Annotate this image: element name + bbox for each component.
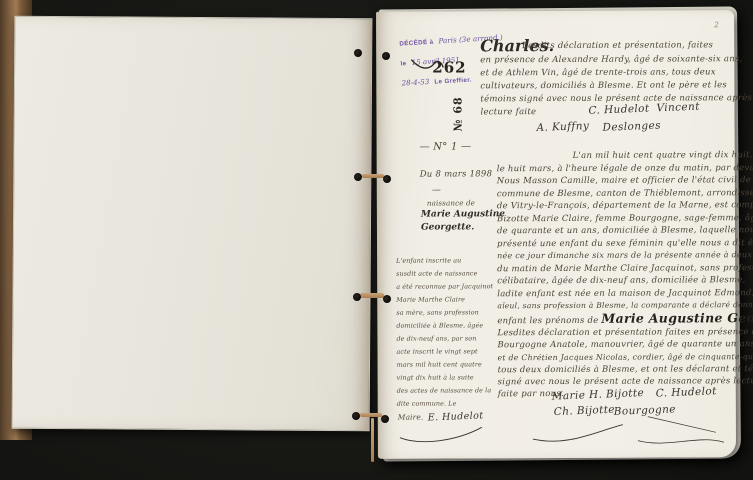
act2-line: ladite enfant est née en la maison de Ja…: [497, 289, 753, 299]
act2-line: commune de Blesme, canton de Thiéblemont…: [497, 189, 753, 199]
act2-line: tous deux domiciliés à Blesme, et ont le…: [498, 365, 753, 375]
act1-line: en présence de Alexandre Hardy, âgé de s…: [480, 55, 742, 65]
act2-line: et de Chrétien Jacques Nicolas, cordier,…: [498, 353, 753, 362]
act2-line: le huit mars, à l'heure légale de onze d…: [497, 164, 753, 174]
act2-line: du matin de Marie Marthe Claire Jacquino…: [497, 264, 753, 274]
act2-line: présenté une enfant du sexe féminin qu'e…: [497, 239, 753, 249]
margin-mayor-label: Maire.: [398, 414, 424, 422]
right-page-register: 2 DÉCÉDÉ à Paris (3e arrond.) le 15 avri…: [376, 10, 736, 459]
act2-line: de Vitry-le-François, département de la …: [497, 201, 753, 211]
act2-line: Bourgogne Anatole, manouvrier, âgé de qu…: [497, 340, 753, 350]
act1-line: témoins signé avec nous le présent acte …: [480, 94, 752, 104]
margin-note-line: L'enfant inscrite au: [396, 257, 461, 264]
binding-thread-hanging: [371, 418, 374, 462]
margin-child-name: Marie Augustine: [421, 209, 505, 219]
margin-date: Du 8 mars 1898: [420, 170, 493, 179]
act2-line: de quarante et un ans, domiciliée à Bles…: [497, 226, 753, 236]
stamp-written-ref: 28-4-53: [401, 77, 429, 88]
signature: Vincent: [656, 101, 700, 115]
act2-line: née ce jour dimanche six mars de la prés…: [497, 251, 753, 260]
child-name-bold: Marie Augustine Georgette: [601, 310, 753, 326]
margin-note-line: Marie Marthe Claire: [396, 296, 465, 303]
mayor-signature: E. Hudelot: [428, 410, 484, 423]
margin-note-line: acte inscrit le vingt sept: [396, 348, 477, 355]
corner-page-number: 2: [714, 20, 719, 29]
binding-thread: [360, 413, 382, 417]
binding-hole: [383, 175, 391, 183]
binding-hole: [381, 415, 389, 423]
signature: A. Kuffny: [536, 120, 589, 134]
left-page-blank: [12, 16, 373, 431]
act1-line: Lesdits déclaration et présentation, fai…: [522, 41, 713, 50]
margin-note-line: des actes de naissance de la: [397, 387, 492, 394]
margin-naissance: naissance de: [427, 199, 475, 206]
margin-note-line: domiciliée à Blesme, âgée: [396, 322, 483, 329]
binding-hole: [354, 49, 362, 57]
binding-hole: [353, 293, 361, 301]
stamp-printed-greffier: Le Greffier.: [434, 77, 472, 86]
margin-note-line: sa mère, sans profession: [396, 309, 479, 316]
signature: Marie H. Bijotte: [552, 387, 645, 403]
signature-flourish-icon: [528, 410, 728, 451]
act2-line: Bizotte Marie Claire, femme Bourgogne, s…: [497, 214, 753, 224]
binding-hole: [352, 412, 360, 420]
act2-line: L'an mil huit cent quatre vingt dix huit…: [573, 151, 753, 160]
act1-line: cultivateurs, domiciliés à Blesme. Et on…: [480, 81, 727, 91]
signature: C. Hudelot: [655, 385, 717, 399]
stamp-printed-decede: DÉCÉDÉ à: [399, 39, 433, 48]
act2-line: aïeul, sans profession à Blesme, la comp…: [497, 301, 753, 310]
binding-hole: [382, 52, 390, 60]
binding-thread: [362, 174, 384, 178]
act-number-68-stamp: № 68: [451, 96, 464, 131]
act2-line: célibataire, âgée de dix-neuf ans, domic…: [497, 276, 745, 286]
act2-name-line-prefix: enfant les prénoms de: [497, 316, 601, 326]
binding-hole: [383, 295, 391, 303]
archival-photo-background: 2 DÉCÉDÉ à Paris (3e arrond.) le 15 avri…: [0, 0, 753, 480]
binding-hole: [354, 173, 362, 181]
margin-note-line: de dix-neuf ans, par son: [396, 335, 476, 342]
signature: C. Hudelot: [588, 103, 650, 117]
paraph-flourish-icon: [410, 55, 444, 73]
stamp-printed-le: le: [400, 60, 406, 67]
signature: Deslonges: [602, 120, 661, 134]
act2-name-line: enfant les prénoms de Marie Augustine Ge…: [497, 312, 753, 326]
margin-child-name: Georgette.: [421, 222, 474, 232]
margin-dash: —: [432, 186, 441, 196]
margin-note-line: a été reconnue par Jacquinot: [396, 283, 493, 290]
margin-note-line: vingt dix huit à la suite: [397, 374, 474, 381]
margin-note-line: mars mil huit cent quatre: [397, 361, 482, 368]
act-label-n1: — N° 1 —: [420, 142, 472, 152]
act2-line: Nous Masson Camille, maire et officier d…: [497, 176, 753, 186]
act2-line: Lesdites déclaration et présentation fai…: [497, 328, 753, 338]
act1-line: et de Athlem Vin, âgé de trente-trois an…: [480, 68, 716, 78]
act1-line: lecture faite: [480, 108, 536, 117]
margin-note-line: susdit acte de naissance: [396, 270, 477, 277]
mayor-signature-flourish-icon: [396, 423, 486, 445]
margin-note-line: dite commune. Le: [397, 400, 457, 407]
binding-thread: [360, 293, 384, 298]
